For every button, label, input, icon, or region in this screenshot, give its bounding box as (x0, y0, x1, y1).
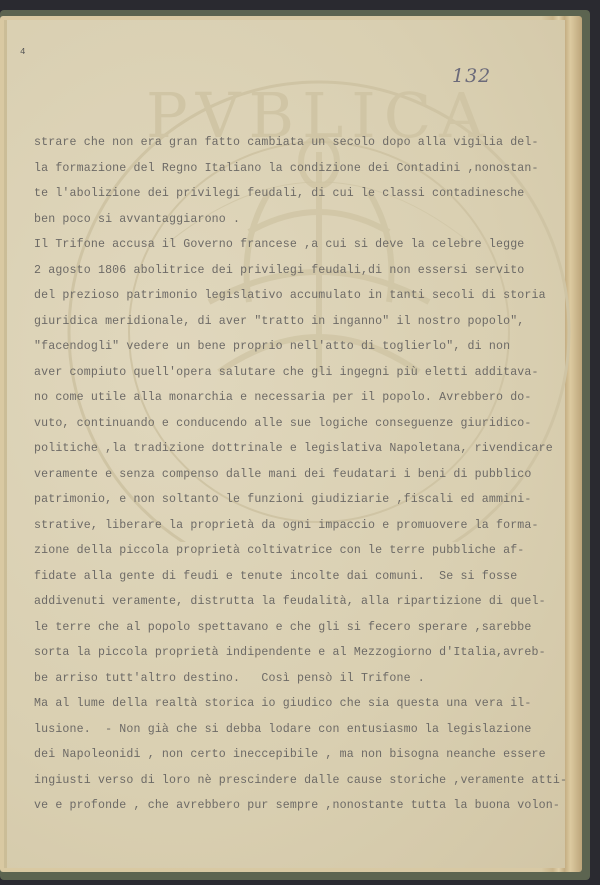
text-line: zione della piccola proprietà coltivatri… (34, 538, 554, 564)
text-line: veramente e senza compenso dalle mani de… (34, 462, 554, 488)
text-line: addivenuti veramente, distrutta la feuda… (34, 589, 554, 615)
text-line: Ma al lume della realtà storica io giudi… (34, 691, 554, 717)
corner-mark: 4 (20, 47, 25, 57)
text-line: te l'abolizione dei privilegi feudali, d… (34, 181, 554, 207)
text-line: ben poco si avvantaggiarono . (34, 207, 554, 233)
text-line: giuridica meridionale, di aver "tratto i… (34, 309, 554, 335)
text-line: lusione. - Non già che si debba lodare c… (34, 717, 554, 743)
text-line: fidate alla gente di feudi e tenute inco… (34, 564, 554, 590)
text-line: aver compiuto quell'opera salutare che g… (34, 360, 554, 386)
text-line: politiche ,la tradizione dottrinale e le… (34, 436, 554, 462)
text-line: be arriso tutt'altro destino. Così pensò… (34, 666, 554, 692)
text-line: Il Trifone accusa il Governo francese ,a… (34, 232, 554, 258)
text-line: vuto, continuando e conducendo alle sue … (34, 411, 554, 437)
text-line: no come utile alla monarchia e necessari… (34, 385, 554, 411)
text-line: "facendogli" vedere un bene proprio nell… (34, 334, 554, 360)
text-line: sorta la piccola proprietà indipendente … (34, 640, 554, 666)
typewritten-text: strare che non era gran fatto cambiata u… (34, 130, 554, 819)
text-line: la formazione del Regno Italiano la cond… (34, 156, 554, 182)
text-line: strare che non era gran fatto cambiata u… (34, 130, 554, 156)
folio-number: 132 (452, 65, 491, 87)
text-line: 2 agosto 1806 abolitrice dei privilegi f… (34, 258, 554, 284)
text-line: le terre che al popolo spettavano e che … (34, 615, 554, 641)
text-line: strative, liberare la proprietà da ogni … (34, 513, 554, 539)
text-line: ingiusti verso di loro nè prescindere da… (34, 768, 554, 794)
text-line: del prezioso patrimonio legislativo accu… (34, 283, 554, 309)
text-line: dei Napoleonidi , non certo ineccepibile… (34, 742, 554, 768)
text-line: patrimonio, e non soltanto le funzioni g… (34, 487, 554, 513)
text-line: ve e profonde , che avrebbero pur sempre… (34, 793, 554, 819)
